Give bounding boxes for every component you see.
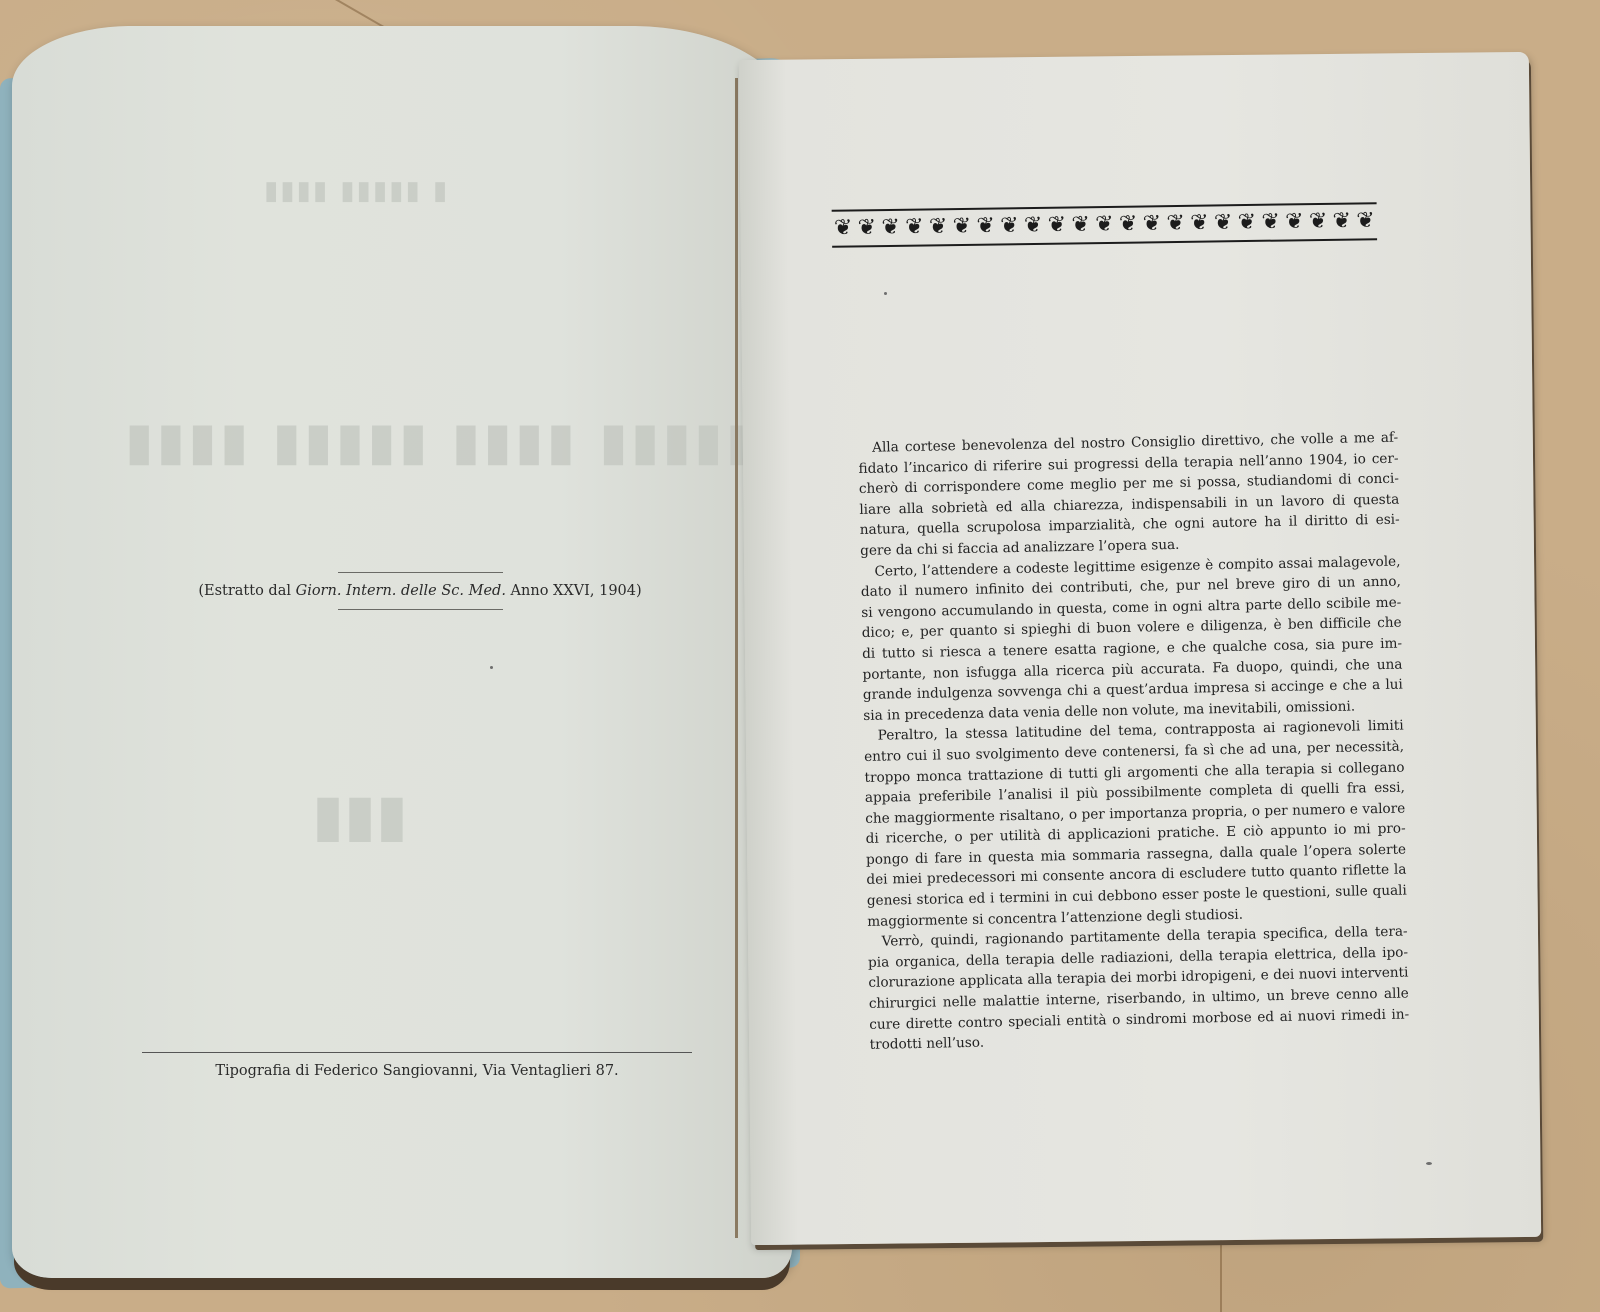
- fleuron-icon: ❦: [881, 217, 900, 239]
- headpiece-ornament: ❦❦❦❦❦❦❦❦❦❦❦❦❦❦❦❦❦❦❦❦❦❦❦: [832, 202, 1378, 266]
- left-page: ▮ ▮▮▮▮▮ ▮▮▮▮ ▮▮▮▮▮▮ ▮▮▮▮ ▮▮▮▮▮ ▮▮▮▮ ▮▮▮: [12, 26, 792, 1278]
- printer-imprint: Tipografia di Federico Sangiovanni, Via …: [142, 1052, 692, 1079]
- paragraph: Peraltro, la stessa latitudine del tema,…: [864, 716, 1408, 932]
- fleuron-icon: ❦: [1309, 211, 1328, 233]
- fleuron-icon: ❦: [857, 217, 876, 239]
- book-gutter: [735, 78, 738, 1238]
- bleed-through-texture: ▮▮▮▮▮▮ ▮▮▮▮ ▮▮▮▮▮ ▮▮▮▮: [122, 411, 786, 472]
- paper-speck: [490, 666, 493, 669]
- paragraph: Verrò, quindi, ragionando partitamente d…: [867, 922, 1409, 1056]
- bleed-through-texture: ▮ ▮▮▮▮▮ ▮▮▮▮: [262, 176, 447, 206]
- imprint-rule: [142, 1052, 692, 1053]
- body-text: Alla cortese benevolenza del nostro Cons…: [858, 428, 1410, 1056]
- fleuron-icon: ❦: [905, 217, 924, 239]
- printer-line: Tipografia di Federico Sangiovanni, Via …: [142, 1063, 692, 1079]
- paper-speck: [1426, 1162, 1432, 1165]
- fleuron-icon: ❦: [1047, 215, 1066, 237]
- fleuron-icon: ❦: [1261, 212, 1280, 234]
- fleuron-icon: ❦: [976, 216, 995, 238]
- fleuron-icon: ❦: [1166, 213, 1185, 235]
- table-seam: [1220, 1240, 1222, 1312]
- fleuron-icon: ❦: [1119, 214, 1138, 236]
- fleuron-icon: ❦: [1214, 212, 1233, 234]
- fleuron-icon: ❦: [1024, 215, 1043, 237]
- paragraph: Certo, l’attendere a codeste legittime e…: [860, 551, 1403, 726]
- fleuron-icon: ❦: [1285, 211, 1304, 233]
- journal-title: Giorn. Intern. delle Sc. Med.: [296, 583, 506, 599]
- extract-rule-top: [338, 572, 503, 573]
- extract-prefix: (Estratto dal: [198, 583, 295, 599]
- extract-rule-bottom: [338, 609, 503, 610]
- fleuron-icon: ❦: [1095, 214, 1114, 236]
- paragraph: Alla cortese benevolenza del nostro Cons…: [858, 428, 1400, 562]
- fleuron-icon: ❦: [1071, 214, 1090, 236]
- fleuron-icon: ❦: [952, 216, 971, 238]
- fleuron-icon: ❦: [1237, 212, 1256, 234]
- extract-suffix: Anno XXVI, 1904): [506, 583, 642, 599]
- fleuron-icon: ❦: [929, 216, 948, 238]
- fleuron-icon: ❦: [1142, 213, 1161, 235]
- fleuron-icon: ❦: [1356, 210, 1375, 232]
- fleuron-icon: ❦: [834, 218, 853, 240]
- fleuron-icon: ❦: [1332, 211, 1351, 233]
- bleed-through-texture: ▮▮▮: [312, 781, 408, 849]
- extract-note-line: (Estratto dal Giorn. Intern. delle Sc. M…: [190, 583, 650, 599]
- fleuron-icon: ❦: [1000, 215, 1019, 237]
- paper-speck: [884, 292, 887, 295]
- fleuron-icon: ❦: [1190, 213, 1209, 235]
- extract-note: (Estratto dal Giorn. Intern. delle Sc. M…: [190, 572, 650, 610]
